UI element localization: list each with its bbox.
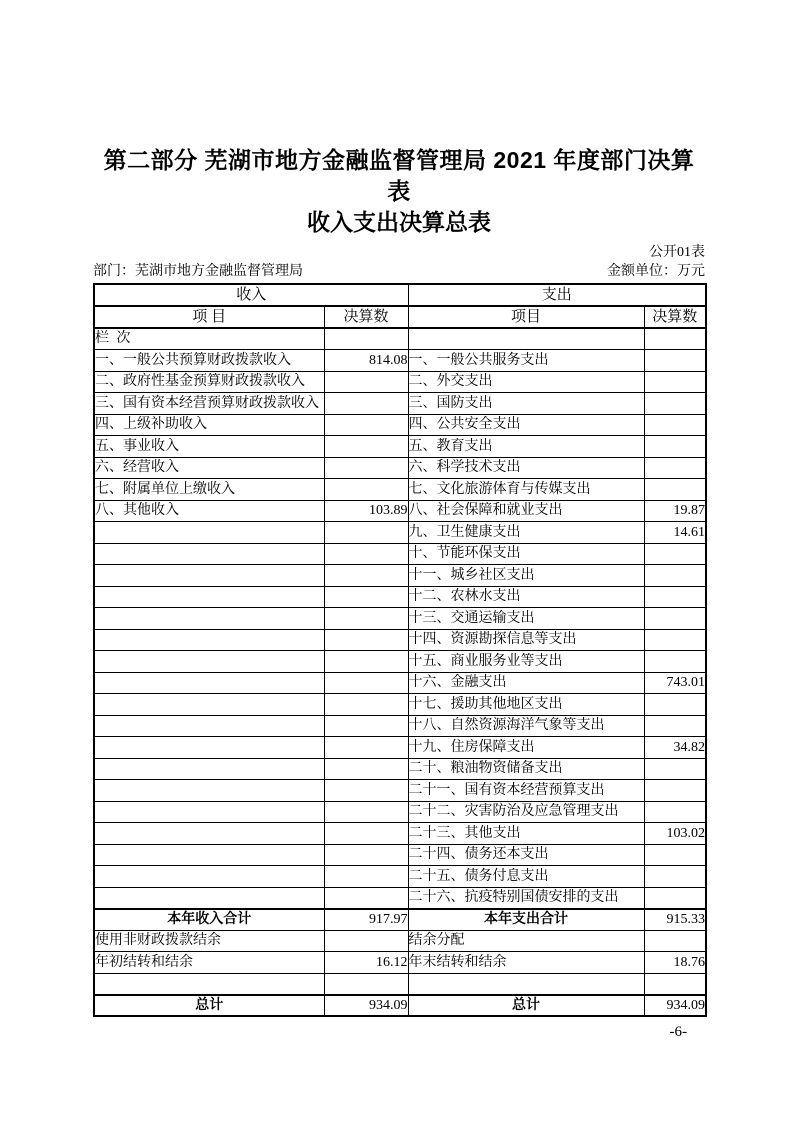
income-amount-cell xyxy=(324,414,408,436)
expense-section-header: 支出 xyxy=(408,284,706,306)
income-item-cell xyxy=(94,586,324,608)
table-row: 十三、交通运输支出 xyxy=(94,608,706,630)
income-item-cell: 二、政府性基金预算财政拨款收入 xyxy=(94,371,324,393)
meta-row: 部门：芜湖市地方金融监督管理局 金额单位：万元 xyxy=(93,263,705,281)
expense-amount-cell xyxy=(644,844,706,866)
expense-item-cell: 十九、住房保障支出 xyxy=(408,737,644,759)
expense-amount-cell xyxy=(644,930,706,952)
expense-item-cell: 十二、农林水支出 xyxy=(408,586,644,608)
expense-amount-cell xyxy=(644,328,706,350)
expense-amount-cell xyxy=(644,866,706,888)
income-amount-cell xyxy=(324,371,408,393)
expense-item-cell: 四、公共安全支出 xyxy=(408,414,644,436)
income-amount-cell xyxy=(324,866,408,888)
income-item-cell xyxy=(94,522,324,544)
expense-item-cell: 二十三、其他支出 xyxy=(408,823,644,845)
expense-amount-cell xyxy=(644,565,706,587)
expense-item-cell: 二、外交支出 xyxy=(408,371,644,393)
income-item-cell: 总计 xyxy=(94,995,324,1017)
income-item-cell xyxy=(94,887,324,909)
table-row: 三、国有资本经营预算财政拨款收入三、国防支出 xyxy=(94,393,706,415)
income-amount-cell xyxy=(324,973,408,995)
expense-item-cell: 五、教育支出 xyxy=(408,436,644,458)
table-code-label: 公开01表 xyxy=(93,244,705,262)
income-item-cell xyxy=(94,823,324,845)
table-body: 栏 次一、一般公共预算财政拨款收入814.08一、一般公共服务支出二、政府性基金… xyxy=(94,328,706,1016)
income-item-cell xyxy=(94,651,324,673)
income-item-cell: 三、国有资本经营预算财政拨款收入 xyxy=(94,393,324,415)
budget-table: 收入 支出 项 目 决算数 项目 决算数 栏 次一、一般公共预算财政拨款收入81… xyxy=(93,283,707,1017)
income-amount-cell: 103.89 xyxy=(324,500,408,522)
income-section-header: 收入 xyxy=(94,284,408,306)
expense-amount-cell xyxy=(644,457,706,479)
expense-item-cell: 十四、资源勘探信息等支出 xyxy=(408,629,644,651)
income-item-cell: 八、其他收入 xyxy=(94,500,324,522)
expense-amount-cell xyxy=(644,887,706,909)
expense-amount-col-header: 决算数 xyxy=(644,306,706,328)
expense-item-cell: 二十四、债务还本支出 xyxy=(408,844,644,866)
expense-amount-cell: 34.82 xyxy=(644,737,706,759)
income-amount-cell xyxy=(324,887,408,909)
income-amount-cell xyxy=(324,823,408,845)
expense-item-col-header: 项目 xyxy=(408,306,644,328)
expense-amount-cell: 19.87 xyxy=(644,500,706,522)
expense-item-cell: 三、国防支出 xyxy=(408,393,644,415)
table-row: 八、其他收入103.89八、社会保障和就业支出19.87 xyxy=(94,500,706,522)
table-row: 二十三、其他支出103.02 xyxy=(94,823,706,845)
income-amount-cell xyxy=(324,522,408,544)
expense-amount-cell xyxy=(644,350,706,372)
income-item-cell: 年初结转和结余 xyxy=(94,952,324,974)
income-amount-cell xyxy=(324,436,408,458)
expense-item-cell: 十一、城乡社区支出 xyxy=(408,565,644,587)
table-row: 十八、自然资源海洋气象等支出 xyxy=(94,715,706,737)
income-item-cell: 栏 次 xyxy=(94,328,324,350)
expense-amount-cell xyxy=(644,586,706,608)
expense-amount-cell xyxy=(644,479,706,501)
expense-item-cell: 十八、自然资源海洋气象等支出 xyxy=(408,715,644,737)
income-item-cell xyxy=(94,780,324,802)
expense-item-cell: 一、一般公共服务支出 xyxy=(408,350,644,372)
expense-item-cell: 十、节能环保支出 xyxy=(408,543,644,565)
income-amount-cell xyxy=(324,543,408,565)
income-amount-cell xyxy=(324,780,408,802)
table-row: 年初结转和结余16.12年末结转和结余18.76 xyxy=(94,952,706,974)
income-item-cell xyxy=(94,608,324,630)
table-row: 二十五、债务付息支出 xyxy=(94,866,706,888)
income-amount-cell xyxy=(324,629,408,651)
income-amount-cell xyxy=(324,479,408,501)
table-row: 二十二、灾害防治及应急管理支出 xyxy=(94,801,706,823)
expense-item-cell: 六、科学技术支出 xyxy=(408,457,644,479)
table-row: 十九、住房保障支出34.82 xyxy=(94,737,706,759)
income-amount-cell xyxy=(324,586,408,608)
expense-item-cell: 二十二、灾害防治及应急管理支出 xyxy=(408,801,644,823)
page-title: 第二部分 芜湖市地方金融监督管理局 2021 年度部门决算表 xyxy=(93,0,705,207)
income-item-cell: 一、一般公共预算财政拨款收入 xyxy=(94,350,324,372)
table-row: 二十六、抗疫特别国债安排的支出 xyxy=(94,887,706,909)
page-subtitle: 收入支出决算总表 xyxy=(93,207,705,237)
page-number: -6- xyxy=(93,1024,705,1041)
expense-item-cell: 七、文化旅游体育与传媒支出 xyxy=(408,479,644,501)
table-row: 九、卫生健康支出14.61 xyxy=(94,522,706,544)
expense-amount-cell xyxy=(644,715,706,737)
expense-amount-cell: 743.01 xyxy=(644,672,706,694)
table-row: 十七、援助其他地区支出 xyxy=(94,694,706,716)
income-amount-cell xyxy=(324,328,408,350)
income-amount-cell: 917.97 xyxy=(324,909,408,931)
expense-item-cell: 十七、援助其他地区支出 xyxy=(408,694,644,716)
income-item-cell xyxy=(94,543,324,565)
expense-item-cell xyxy=(408,973,644,995)
table-row: 栏 次 xyxy=(94,328,706,350)
income-amount-col-header: 决算数 xyxy=(324,306,408,328)
table-row: 十五、商业服务业等支出 xyxy=(94,651,706,673)
income-item-cell xyxy=(94,973,324,995)
income-item-cell: 六、经营收入 xyxy=(94,457,324,479)
income-amount-cell xyxy=(324,737,408,759)
income-amount-cell xyxy=(324,608,408,630)
expense-amount-cell xyxy=(644,436,706,458)
expense-item-cell: 本年支出合计 xyxy=(408,909,644,931)
expense-amount-cell xyxy=(644,608,706,630)
income-amount-cell: 814.08 xyxy=(324,350,408,372)
income-item-cell xyxy=(94,758,324,780)
expense-amount-cell xyxy=(644,801,706,823)
expense-amount-cell xyxy=(644,694,706,716)
table-row: 四、上级补助收入四、公共安全支出 xyxy=(94,414,706,436)
expense-amount-cell: 915.33 xyxy=(644,909,706,931)
table-row: 二十一、国有资本经营预算支出 xyxy=(94,780,706,802)
income-item-cell xyxy=(94,565,324,587)
expense-amount-cell xyxy=(644,414,706,436)
section-header-row: 收入 支出 xyxy=(94,284,706,306)
expense-amount-cell: 103.02 xyxy=(644,823,706,845)
expense-amount-cell: 18.76 xyxy=(644,952,706,974)
expense-item-cell: 总计 xyxy=(408,995,644,1017)
expense-amount-cell xyxy=(644,651,706,673)
expense-item-cell: 十五、商业服务业等支出 xyxy=(408,651,644,673)
income-amount-cell xyxy=(324,565,408,587)
income-item-cell xyxy=(94,737,324,759)
income-amount-cell xyxy=(324,651,408,673)
column-header-row: 项 目 决算数 项目 决算数 xyxy=(94,306,706,328)
income-amount-cell xyxy=(324,457,408,479)
income-amount-cell xyxy=(324,930,408,952)
expense-item-cell: 十六、金融支出 xyxy=(408,672,644,694)
income-item-cell xyxy=(94,801,324,823)
table-row: 十四、资源勘探信息等支出 xyxy=(94,629,706,651)
unit-label: 金额单位：万元 xyxy=(607,263,705,281)
table-row: 使用非财政拨款结余结余分配 xyxy=(94,930,706,952)
income-amount-cell xyxy=(324,758,408,780)
expense-item-cell: 八、社会保障和就业支出 xyxy=(408,500,644,522)
income-item-cell: 本年收入合计 xyxy=(94,909,324,931)
income-item-cell: 四、上级补助收入 xyxy=(94,414,324,436)
income-item-cell xyxy=(94,672,324,694)
income-amount-cell xyxy=(324,393,408,415)
expense-item-cell: 二十五、债务付息支出 xyxy=(408,866,644,888)
income-amount-cell xyxy=(324,801,408,823)
table-row: 一、一般公共预算财政拨款收入814.08一、一般公共服务支出 xyxy=(94,350,706,372)
expense-amount-cell: 14.61 xyxy=(644,522,706,544)
expense-item-cell: 十三、交通运输支出 xyxy=(408,608,644,630)
table-row: 十二、农林水支出 xyxy=(94,586,706,608)
document-page: 第二部分 芜湖市地方金融监督管理局 2021 年度部门决算表 收入支出决算总表 … xyxy=(0,0,793,1122)
expense-amount-cell xyxy=(644,973,706,995)
expense-item-cell: 结余分配 xyxy=(408,930,644,952)
expense-item-cell: 九、卫生健康支出 xyxy=(408,522,644,544)
table-row: 总计934.09总计934.09 xyxy=(94,995,706,1017)
expense-item-cell: 年末结转和结余 xyxy=(408,952,644,974)
income-item-col-header: 项 目 xyxy=(94,306,324,328)
table-row: 二、政府性基金预算财政拨款收入二、外交支出 xyxy=(94,371,706,393)
table-row: 七、附属单位上缴收入七、文化旅游体育与传媒支出 xyxy=(94,479,706,501)
expense-item-cell: 二十、粮油物资储备支出 xyxy=(408,758,644,780)
income-amount-cell xyxy=(324,672,408,694)
expense-amount-cell xyxy=(644,758,706,780)
income-item-cell xyxy=(94,694,324,716)
income-item-cell: 七、附属单位上缴收入 xyxy=(94,479,324,501)
table-row: 二十、粮油物资储备支出 xyxy=(94,758,706,780)
income-amount-cell xyxy=(324,715,408,737)
income-item-cell: 使用非财政拨款结余 xyxy=(94,930,324,952)
table-row: 二十四、债务还本支出 xyxy=(94,844,706,866)
department-label: 部门：芜湖市地方金融监督管理局 xyxy=(93,263,303,281)
income-amount-cell xyxy=(324,694,408,716)
expense-item-cell: 二十一、国有资本经营预算支出 xyxy=(408,780,644,802)
table-row: 六、经营收入六、科学技术支出 xyxy=(94,457,706,479)
income-item-cell xyxy=(94,715,324,737)
expense-amount-cell xyxy=(644,393,706,415)
table-row xyxy=(94,973,706,995)
income-item-cell: 五、事业收入 xyxy=(94,436,324,458)
income-item-cell xyxy=(94,866,324,888)
income-item-cell xyxy=(94,629,324,651)
table-row: 十、节能环保支出 xyxy=(94,543,706,565)
sheet: 第二部分 芜湖市地方金融监督管理局 2021 年度部门决算表 收入支出决算总表 … xyxy=(93,0,705,1041)
table-row: 十一、城乡社区支出 xyxy=(94,565,706,587)
expense-amount-cell xyxy=(644,629,706,651)
table-row: 本年收入合计917.97本年支出合计915.33 xyxy=(94,909,706,931)
expense-item-cell xyxy=(408,328,644,350)
expense-amount-cell xyxy=(644,371,706,393)
expense-item-cell: 二十六、抗疫特别国债安排的支出 xyxy=(408,887,644,909)
table-row: 十六、金融支出743.01 xyxy=(94,672,706,694)
table-row: 五、事业收入五、教育支出 xyxy=(94,436,706,458)
expense-amount-cell xyxy=(644,780,706,802)
expense-amount-cell: 934.09 xyxy=(644,995,706,1017)
income-amount-cell xyxy=(324,844,408,866)
income-item-cell xyxy=(94,844,324,866)
income-amount-cell: 934.09 xyxy=(324,995,408,1017)
income-amount-cell: 16.12 xyxy=(324,952,408,974)
expense-amount-cell xyxy=(644,543,706,565)
